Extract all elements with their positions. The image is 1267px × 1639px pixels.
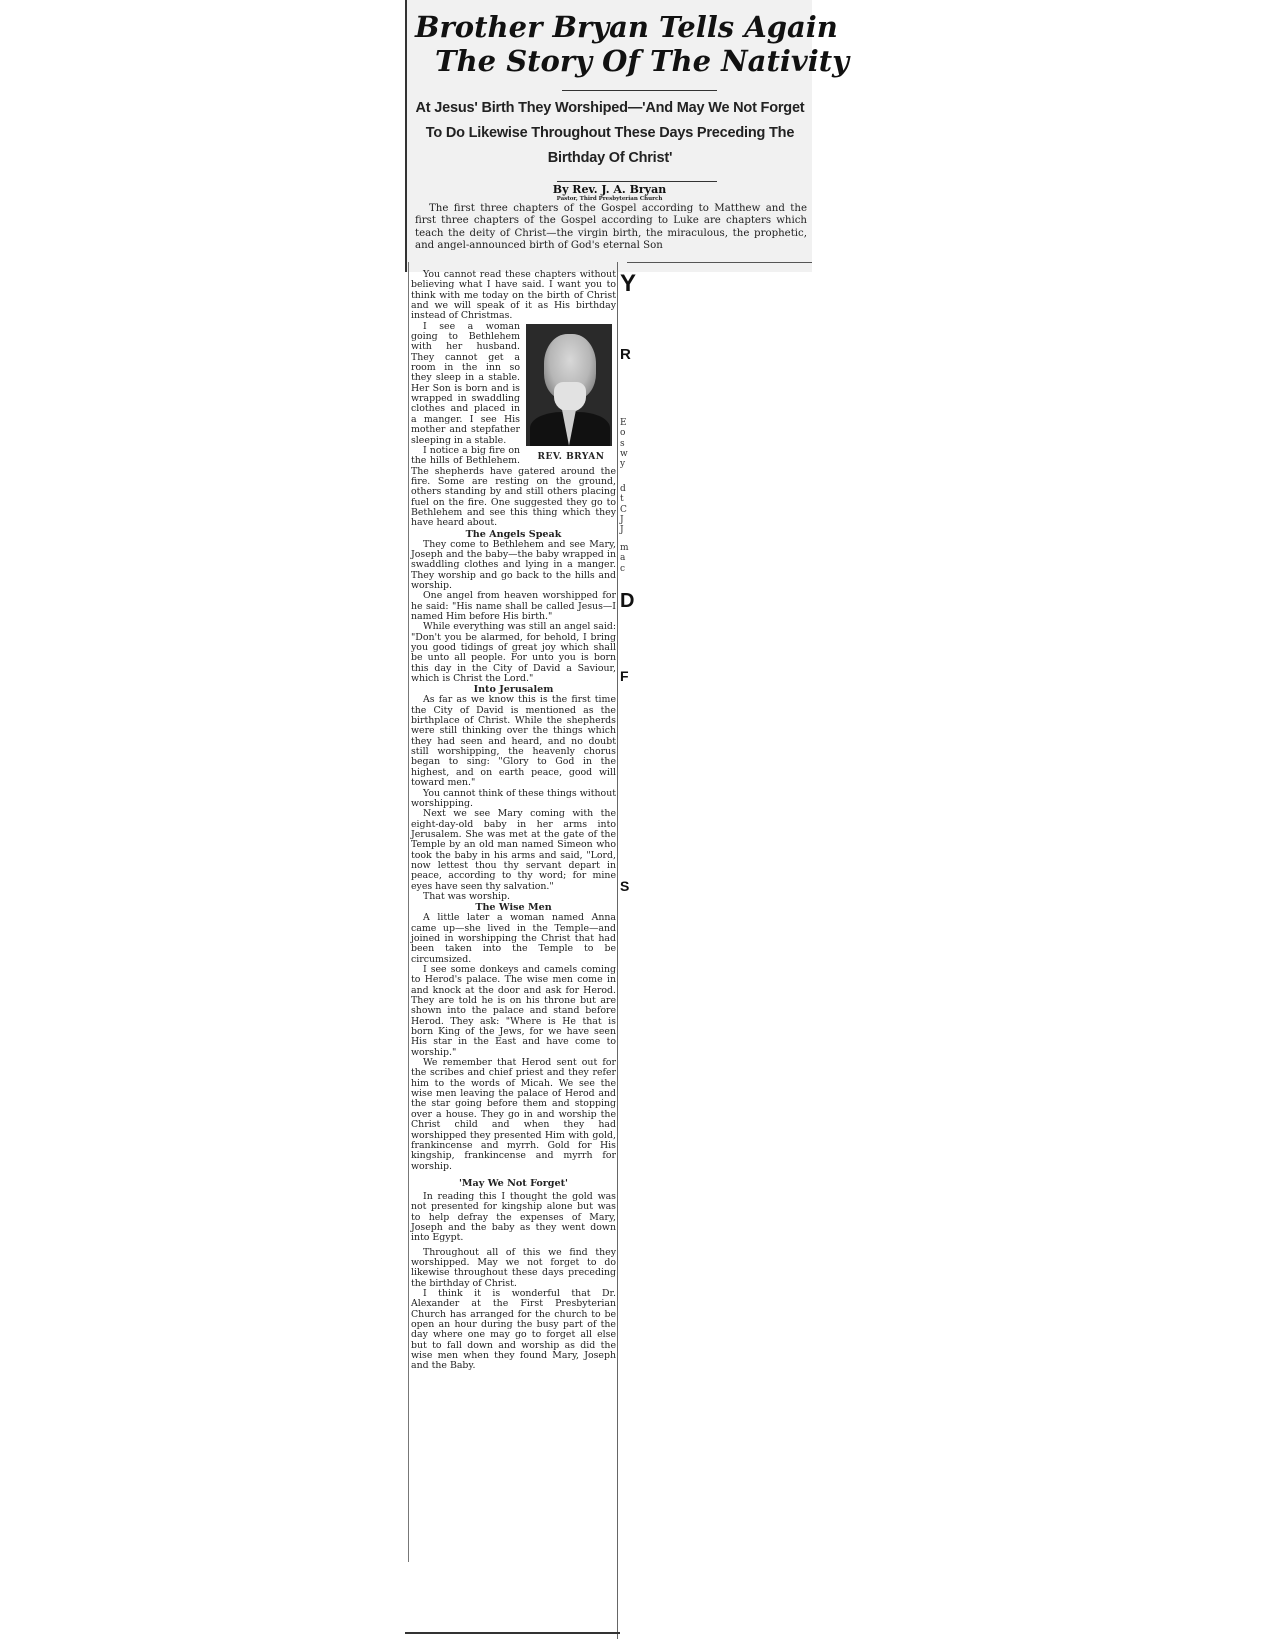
byline: By Rev. J. A. Bryan (407, 183, 812, 196)
adjacent-fragment: F (620, 668, 629, 684)
column-rule (408, 262, 409, 1562)
divider (562, 90, 717, 91)
adjacent-fragment-text: d t C J J (620, 484, 627, 535)
paragraph: Next we see Mary coming with the eight-d… (411, 809, 616, 892)
byline-title: Pastor, Third Presbyterian Church (407, 196, 812, 202)
deck-subheadline: At Jesus' Birth They Worshiped—'And May … (411, 96, 809, 171)
portrait-photo (526, 324, 612, 446)
paragraph: Throughout all of this we find they wors… (411, 1248, 616, 1289)
subhead: 'May We Not Forget' (411, 1178, 616, 1189)
paragraph: As far as we know this is the first time… (411, 695, 616, 788)
paragraph: One angel from heaven worshipped for he … (411, 591, 616, 622)
lead-paragraph: The first three chapters of the Gospel a… (415, 203, 807, 252)
article-header: Brother Bryan Tells Again The Story Of T… (405, 0, 812, 272)
column-rule (617, 262, 618, 1639)
subhead: The Angels Speak (411, 529, 616, 540)
paragraph: While everything was still an angel said… (411, 622, 616, 684)
adjacent-fragment: R (620, 346, 631, 363)
headline-line-2: The Story Of The Nativity (415, 44, 815, 78)
divider (627, 262, 812, 263)
adjacent-fragment: Y (620, 270, 636, 298)
paragraph: I think it is wonderful that Dr. Alexand… (411, 1289, 616, 1372)
article-body: You cannot read these chapters without b… (411, 258, 616, 1372)
adjacent-fragment-text: m a c (620, 543, 629, 574)
headline-line-1: Brother Bryan Tells Again (415, 10, 838, 44)
paragraph: In reading this I thought the gold was n… (411, 1192, 616, 1244)
adjacent-fragment: S (620, 878, 629, 894)
photo-caption: REV. BRYAN (526, 452, 616, 462)
paragraph: They come to Bethlehem and see Mary, Jos… (411, 540, 616, 592)
divider (557, 181, 717, 182)
adjacent-fragment: D (620, 590, 634, 613)
paragraph: I see some donkeys and camels coming to … (411, 965, 616, 1058)
photo-figure: REV. BRYAN (526, 324, 616, 462)
paragraph: We remember that Herod sent out for the … (411, 1058, 616, 1172)
headline: Brother Bryan Tells Again The Story Of T… (415, 10, 815, 78)
divider (405, 1632, 620, 1634)
paragraph: A little later a woman named Anna came u… (411, 913, 616, 965)
paragraph: You cannot think of these things without… (411, 789, 616, 810)
paragraph: You cannot read these chapters without b… (411, 270, 616, 322)
adjacent-fragment-text: E o s w y (620, 418, 628, 469)
paragraph: That was worship. (411, 892, 616, 902)
